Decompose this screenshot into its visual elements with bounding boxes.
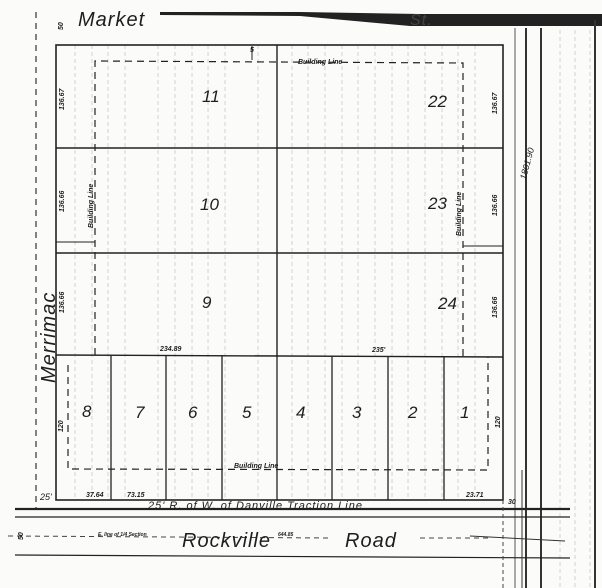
dim-setback-east: 30 <box>508 499 516 506</box>
lot-4: 4 <box>296 403 305 423</box>
dim-lot-1-front: 23.71 <box>466 492 484 499</box>
street-merrimac: Merrimac <box>38 292 61 383</box>
lot-7: 7 <box>135 403 144 423</box>
lot-11: 11 <box>202 87 220 107</box>
lot-9: 9 <box>202 293 211 313</box>
lot-22: 22 <box>428 92 447 112</box>
lot-6: 6 <box>188 403 197 423</box>
plat-map: Market St. Merrimac Rockville Road 25' R… <box>0 0 602 588</box>
lot-2: 2 <box>408 403 417 423</box>
dim-market-width: 50 <box>58 22 65 30</box>
building-line-label-bottom: Building Line <box>234 463 278 470</box>
lot-8: 8 <box>82 402 91 422</box>
lot-1: 1 <box>460 403 469 423</box>
dim-lot-7-front: 73.15 <box>127 492 145 499</box>
lot-24: 24 <box>438 294 457 314</box>
quarter-section-label: E. line of 1/4 Section <box>98 532 147 538</box>
dim-top-setback: 5 <box>250 47 254 54</box>
lot-10: 10 <box>200 195 219 215</box>
street-rockville: Rockville <box>182 530 271 553</box>
building-line-label-east: Building Line <box>456 192 463 236</box>
building-line-label-west: Building Line <box>88 184 95 228</box>
building-line-label-top: Building Line <box>298 59 342 66</box>
dim-east-lot-24: 136.66 <box>492 297 499 318</box>
dim-road-front: 644.85 <box>278 532 293 538</box>
lot-3: 3 <box>352 403 361 423</box>
dim-setback-west: 25' <box>40 492 52 502</box>
dim-lot-24-south: 235' <box>372 347 385 354</box>
dim-lot-8-front: 37.64 <box>86 492 104 499</box>
dim-west-lot-9: 136.66 <box>59 292 66 313</box>
lot-23: 23 <box>428 194 447 214</box>
street-market-suffix: St. <box>410 12 433 30</box>
dim-west-lot-11: 136.67 <box>59 89 66 110</box>
dim-road-offset: 50 <box>18 532 25 540</box>
dim-lot-8-depth: 120 <box>58 420 65 432</box>
dim-lot-1-depth: 120 <box>495 416 502 428</box>
street-market: Market <box>78 9 145 32</box>
dim-east-lot-23: 136.66 <box>492 195 499 216</box>
street-road-suffix: Road <box>345 530 397 553</box>
dim-west-lot-10: 136.66 <box>59 191 66 212</box>
dim-lot-9-south: 234.89 <box>160 346 181 353</box>
right-of-way-label: 25' R. of W. of Danville Traction Line <box>148 500 363 512</box>
lot-5: 5 <box>242 403 251 423</box>
dim-east-lot-22: 136.67 <box>492 93 499 114</box>
